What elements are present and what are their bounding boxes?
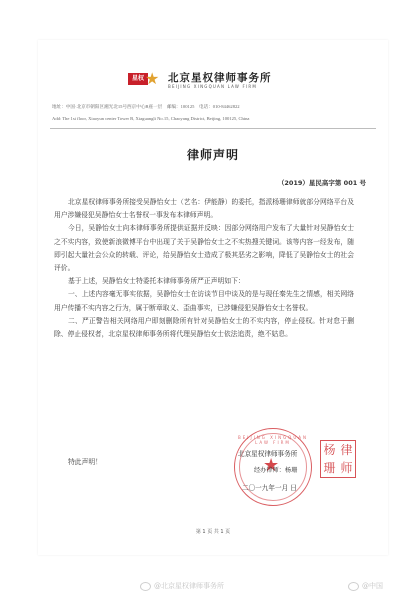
paragraph: 北京星权律师事务所接受吴静怡女士（艺名：伊能静）的委托，指派杨珊律师就部分网络平… — [54, 196, 354, 222]
signature-date: 二〇一九年一月 日 — [242, 482, 297, 492]
weibo-icon — [140, 582, 151, 591]
watermark-left-text: @北京星权律师事务所 — [154, 581, 224, 591]
stamp-char: 珊 — [321, 459, 338, 477]
star-icon: ★ — [145, 71, 159, 87]
stamp-char: 师 — [338, 459, 355, 477]
address-cn: 地址：中国·北京市朝阳区湘光北15号西京中心B座一层 邮编：100125 电话：… — [52, 104, 374, 110]
document-title: 律师声明 — [38, 146, 388, 163]
document-number: （2019）星民高字第 001 号 — [278, 178, 366, 187]
document-body: 北京星权律师事务所接受吴静怡女士（艺名：伊能静）的委托，指派杨珊律师就部分网络平… — [54, 196, 354, 341]
firm-name-en: BEIJING XINGQUAN LAW FIRM — [168, 84, 272, 90]
legal-statement-page: 星权 ★ 北京星权律师事务所 BEIJING XINGQUAN LAW FIRM… — [38, 40, 388, 555]
letterhead: 星权 ★ 北京星权律师事务所 BEIJING XINGQUAN LAW FIRM — [128, 66, 308, 96]
watermark-right: @中国 — [348, 581, 383, 591]
weibo-icon — [348, 582, 359, 591]
paragraph: 二、严正警告相关网络用户即刻删除所有针对吴静怡女士的不实内容，停止侵权。针对怠于… — [54, 315, 354, 341]
firm-logo-icon: 星权 ★ — [128, 71, 162, 91]
stamp-char: 律 — [338, 441, 355, 459]
signature-firm: 北京星权律师事务所 — [238, 448, 297, 458]
stamp-char: 杨 — [321, 441, 338, 459]
letterhead-divider — [50, 128, 376, 129]
page-footer: 第 1 页 共 1 页 — [38, 528, 388, 535]
firm-name-cn: 北京星权律师事务所 — [168, 72, 272, 84]
paragraph: 今日，吴静怡女士向本律师事务所提供证据并反映：因部分网络用户发布了大量针对吴静怡… — [54, 222, 354, 275]
closing-line: 特此声明！ — [68, 456, 102, 466]
lawyer-name-stamp-icon: 杨 律 珊 师 — [320, 440, 356, 478]
seal-ring-text: BEIJING XINGQUAN LAW FIRM — [235, 435, 311, 445]
watermark-right-text: @中国 — [362, 581, 383, 591]
paragraph: 基于上述，吴静怡女士特委托本律师事务所严正声明如下： — [54, 275, 354, 288]
signature-lawyer: 经办律师：杨珊 — [254, 465, 297, 474]
paragraph: 一、上述内容毫无事实依据，吴静怡女士在访谈节目中谈及的是与现任秦先生之情感，相关… — [54, 288, 354, 314]
watermark-left: @北京星权律师事务所 — [140, 581, 224, 591]
address-en: Add: The 1st floor, Xiaoyun center Tower… — [52, 116, 374, 121]
firm-name-block: 北京星权律师事务所 BEIJING XINGQUAN LAW FIRM — [168, 72, 272, 90]
